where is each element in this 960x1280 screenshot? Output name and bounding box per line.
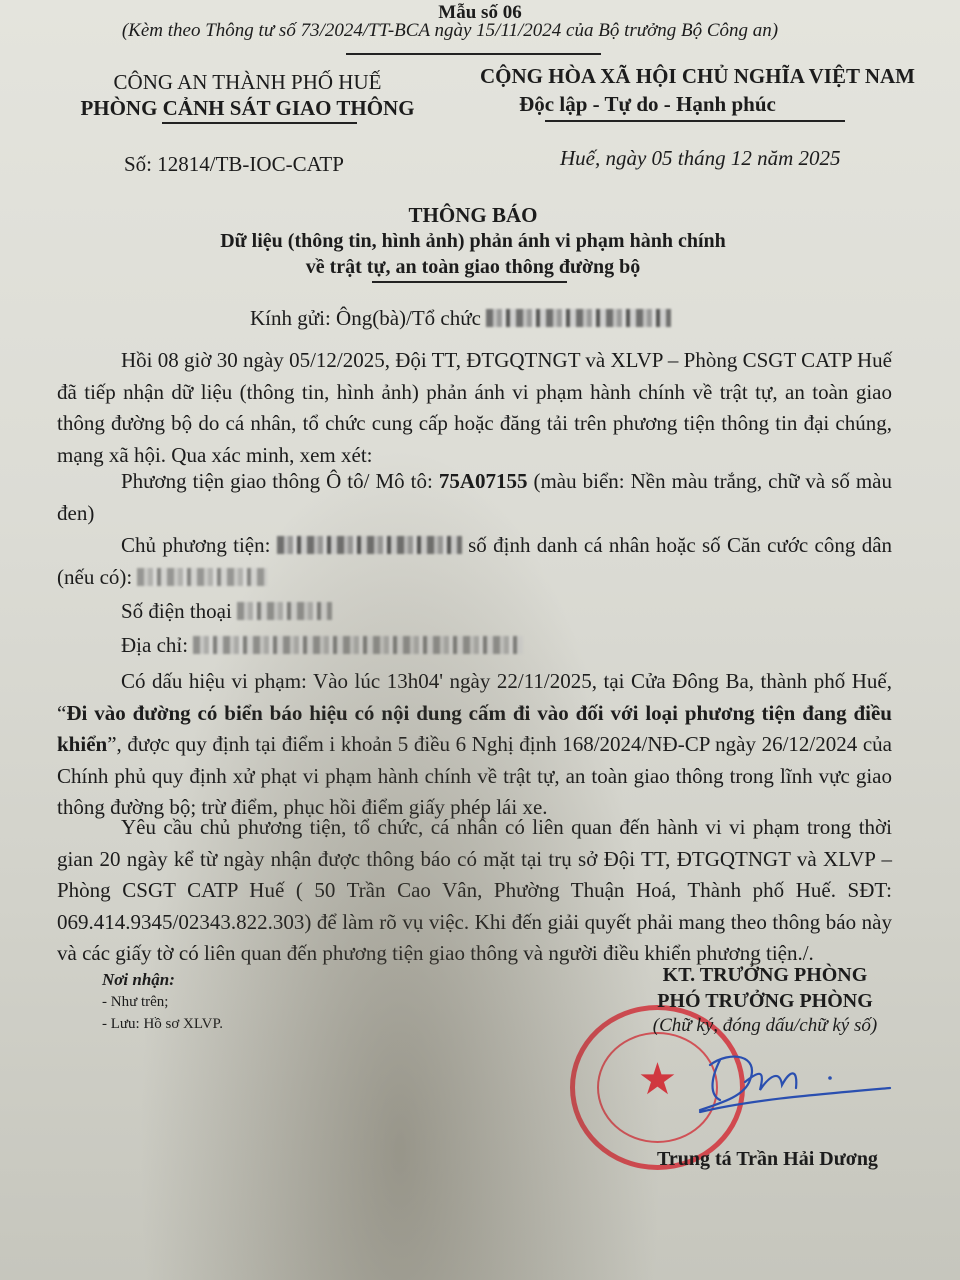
redacted-phone	[237, 602, 332, 620]
request-text: Yêu cầu chủ phương tiện, tổ chức, cá nhâ…	[57, 815, 892, 965]
license-plate: 75A07155	[439, 469, 528, 493]
sign-title-1: KT. TRƯỞNG PHÒNG	[600, 964, 930, 987]
owner-paragraph: Chủ phương tiện: số định danh cá nhân ho…	[57, 530, 892, 593]
vehicle-label: Phương tiện giao thông Ô tô/ Mô tô:	[121, 469, 433, 493]
country-name: CỘNG HÒA XÃ HỘI CHỦ NGHĨA VIỆT NAM	[450, 64, 945, 89]
violation-suffix: ”, được quy định tại điểm i khoản 5 điều…	[57, 732, 892, 819]
signer-name: Trung tá Trần Hải Dương	[600, 1148, 935, 1171]
phone-label: Số điện thoại	[121, 599, 232, 623]
redacted-id	[137, 568, 267, 586]
agency-underline	[162, 122, 357, 124]
motto-underline	[545, 120, 845, 122]
document-subtitle-1: Dữ liệu (thông tin, hình ảnh) phản ánh v…	[0, 230, 946, 253]
document-title: THÔNG BÁO	[0, 203, 946, 228]
agency-parent: CÔNG AN THÀNH PHỐ HUẾ	[50, 70, 445, 95]
recipients-heading: Nơi nhận:	[102, 970, 175, 990]
recipient-item: - Lưu: Hồ sơ XLVP.	[102, 1016, 223, 1033]
subtitle-underline	[372, 281, 567, 283]
vehicle-paragraph: Phương tiện giao thông Ô tô/ Mô tô: 75A0…	[57, 466, 892, 529]
violation-paragraph: Có dấu hiệu vi phạm: Vào lúc 13h04' ngày…	[57, 666, 892, 824]
signature-icon	[690, 1040, 900, 1130]
intro-text: Hồi 08 giờ 30 ngày 05/12/2025, Đội TT, Đ…	[57, 348, 892, 467]
phone-line: Số điện thoại	[57, 596, 892, 628]
recipient-line: Kính gửi: Ông(bà)/Tổ chức	[250, 306, 671, 331]
redacted-recipient	[486, 309, 671, 327]
sign-note: (Chữ ký, đóng dấu/chữ ký số)	[600, 1015, 930, 1037]
document-number: Số: 12814/TB-IOC-CATP	[124, 152, 344, 177]
intro-paragraph: Hồi 08 giờ 30 ngày 05/12/2025, Đội TT, Đ…	[57, 345, 892, 471]
address-line: Địa chỉ:	[57, 630, 892, 662]
place-date: Huế, ngày 05 tháng 12 năm 2025	[560, 146, 841, 171]
document-subtitle-2: về trật tự, an toàn giao thông đường bộ	[0, 256, 946, 279]
recipient-item: - Như trên;	[102, 994, 168, 1011]
address-label: Địa chỉ:	[121, 633, 188, 657]
motto: Độc lập - Tự do - Hạnh phúc	[450, 92, 845, 117]
agency-name: PHÒNG CẢNH SÁT GIAO THÔNG	[50, 96, 445, 121]
redacted-address	[193, 636, 523, 654]
sign-title-2: PHÓ TRƯỞNG PHÒNG	[600, 990, 930, 1013]
recipient-label: Kính gửi: Ông(bà)/Tổ chức	[250, 306, 481, 330]
redacted-owner	[277, 536, 462, 554]
request-paragraph: Yêu cầu chủ phương tiện, tổ chức, cá nhâ…	[57, 812, 892, 970]
document-page: Mẫu số 06 (Kèm theo Thông tư số 73/2024/…	[0, 0, 960, 1280]
owner-label: Chủ phương tiện:	[121, 533, 270, 557]
divider	[346, 53, 601, 55]
form-reference: (Kèm theo Thông tư số 73/2024/TT-BCA ngà…	[0, 20, 900, 42]
